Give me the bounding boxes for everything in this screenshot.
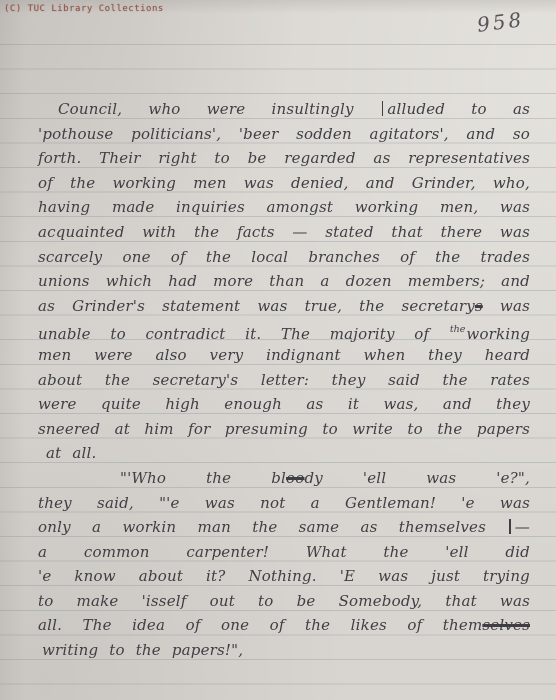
text-segment: to make 'isself out to be Somebody, that… <box>38 592 530 610</box>
struck-out-text: s <box>475 297 483 315</box>
manuscript-line: about the secretary's letter: they said … <box>38 368 530 393</box>
text-segment: Council, who were insultingly <box>58 100 380 118</box>
manuscript-line: all. The idea of one of the likes of the… <box>38 613 530 638</box>
text-segment: only a workin man the same as themselves <box>38 518 507 536</box>
manuscript-line: at all. <box>38 441 530 466</box>
manuscript-line: forth. Their right to be regarded as rep… <box>38 146 530 171</box>
text-segment: sneered at him for presuming to write to… <box>38 420 530 438</box>
manuscript-line: of the working men was denied, and Grind… <box>38 171 530 196</box>
manuscript-line: were quite high enough as it was, and th… <box>38 392 530 417</box>
text-segment: unions which had more than a dozen membe… <box>38 272 530 290</box>
manuscript-line: scarcely one of the local branches of th… <box>38 245 530 270</box>
text-segment: "'Who the bl <box>120 469 286 487</box>
text-segment: they said, "'e was not a Gentleman! 'e w… <box>38 494 530 512</box>
library-watermark: (C) TUC Library Collections <box>4 4 164 14</box>
text-segment: alluded to as <box>387 100 530 118</box>
manuscript-line: sneered at him for presuming to write to… <box>38 417 530 442</box>
manuscript-line: unable to contradict it. The majority of… <box>38 318 530 343</box>
text-segment: about the secretary's letter: they said … <box>38 371 530 389</box>
manuscript-text: Council, who were insultingly alluded to… <box>38 97 530 663</box>
manuscript-line: as Grinder's statement was true, the sec… <box>38 294 530 319</box>
struck-out-text: selves <box>482 616 530 634</box>
text-segment: as Grinder's statement was true, the sec… <box>38 297 475 315</box>
text-segment: was <box>483 297 530 315</box>
manuscript-line: 'e know about it? Nothing. 'E was just t… <box>38 564 530 589</box>
text-segment: 'pothouse politicians', 'beer sodden agi… <box>38 125 530 143</box>
text-segment: at all. <box>46 444 96 462</box>
struck-out-text: oo <box>286 469 304 487</box>
text-segment: having made inquiries amongst working me… <box>38 198 530 216</box>
text-segment: writing to the papers!", <box>42 641 243 659</box>
manuscript-line: having made inquiries amongst working me… <box>38 195 530 220</box>
manuscript-line: they said, "'e was not a Gentleman! 'e w… <box>38 491 530 516</box>
text-segment: unable to contradict it. The majority of <box>38 325 449 343</box>
text-segment: were quite high enough as it was, and th… <box>38 395 530 413</box>
text-segment: of the working men was denied, and Grind… <box>38 174 530 192</box>
text-segment: — <box>515 518 530 536</box>
manuscript-line: unions which had more than a dozen membe… <box>38 269 530 294</box>
text-segment: forth. Their right to be regarded as rep… <box>38 149 530 167</box>
manuscript-page: (C) TUC Library Collections 958 Council,… <box>0 0 556 700</box>
text-segment: scarcely one of the local branches of th… <box>38 248 530 266</box>
manuscript-line: Council, who were insultingly alluded to… <box>38 97 530 122</box>
text-segment: 'e know about it? Nothing. 'E was just t… <box>38 567 530 585</box>
manuscript-line: acquainted with the facts — stated that … <box>38 220 530 245</box>
manuscript-line: men were also very indignant when they h… <box>38 343 530 368</box>
text-segment: men were also very indignant when they h… <box>38 346 530 364</box>
page-number: 958 <box>476 7 526 37</box>
manuscript-line: "'Who the bloody 'ell was 'e?", <box>38 466 530 491</box>
text-segment: working <box>466 325 530 343</box>
text-segment: all. The idea of one of the likes of the… <box>38 616 482 634</box>
insertion-mark <box>382 101 384 116</box>
manuscript-line: only a workin man the same as themselves… <box>38 515 530 540</box>
text-segment: dy 'ell was 'e?", <box>304 469 530 487</box>
manuscript-line: to make 'isself out to be Somebody, that… <box>38 589 530 614</box>
manuscript-line: a common carpenter! What the 'ell did <box>38 540 530 565</box>
insertion-mark <box>509 519 511 534</box>
text-segment: a common carpenter! What the 'ell did <box>38 543 530 561</box>
inserted-word: the <box>450 324 466 335</box>
manuscript-line: writing to the papers!", <box>38 638 530 663</box>
manuscript-line: 'pothouse politicians', 'beer sodden agi… <box>38 122 530 147</box>
text-segment: acquainted with the facts — stated that … <box>38 223 530 241</box>
